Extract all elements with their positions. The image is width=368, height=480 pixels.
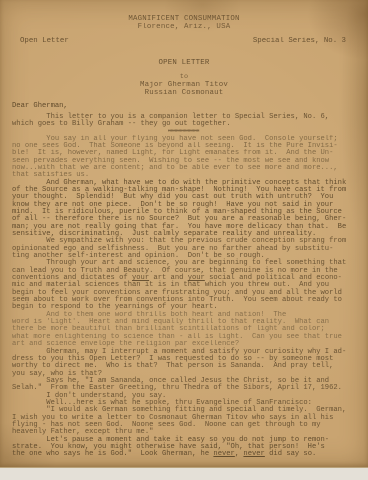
paragraph-4: We sympathize with you: that the previou… [12,238,356,260]
letter-header: MAGNIFICENT CONSUMMATION Florence, Ariz.… [0,0,368,97]
letter-line-with-underlines: the one who says he is God." Look Gherma… [12,451,356,458]
line-part: did say so. [265,450,316,458]
letter-line: which goes to Billy Graham -- they go ou… [12,121,356,128]
paragraph-3: And Gherman, what have we to do with the… [12,180,356,239]
letter-body: Dear Gherman, This letter to you is a co… [0,97,368,459]
series-label: Special Series, No. 3 [253,38,346,46]
scanner-background-strip [0,467,368,480]
letter-title: OPEN LETTER [0,60,368,68]
paragraph-5: Through your art and science, you are be… [12,260,356,311]
underlined-word: never [243,450,264,458]
paragraph-7: Gherman, may I interrupt a moment and sa… [12,349,356,378]
line-part: the one who says he is God." Look Gherma… [12,450,213,458]
org-location: Florence, Ariz., USA [0,24,368,32]
scanned-letter-page: MAGNIFICENT CONSUMMATION Florence, Ariz.… [0,0,368,467]
letter-meta-row: Open Letter Special Series, No. 3 [0,38,368,46]
letter-line: that satisfies us. [12,172,356,179]
paragraph-11: Let's pause a moment and take it easy so… [12,437,356,459]
paragraph-8: Says he, "I am Sananda, once called Jesu… [12,378,356,393]
letter-line: art and science envelope the religion pa… [12,341,356,348]
underlined-word: never [213,450,234,458]
addressee-role: Russian Cosmonaut [0,90,368,98]
salutation: Dear Gherman, [12,103,356,110]
doc-type-label: Open Letter [20,38,69,46]
paragraph-1: This letter to you is a companion letter… [12,114,356,136]
paragraph-6: And to them one word thrills both heart … [12,312,356,349]
paragraph-10: Well...here is what he spoke, thru Evang… [12,400,356,437]
paragraph-2: You say in all your flying you have not … [12,136,356,180]
